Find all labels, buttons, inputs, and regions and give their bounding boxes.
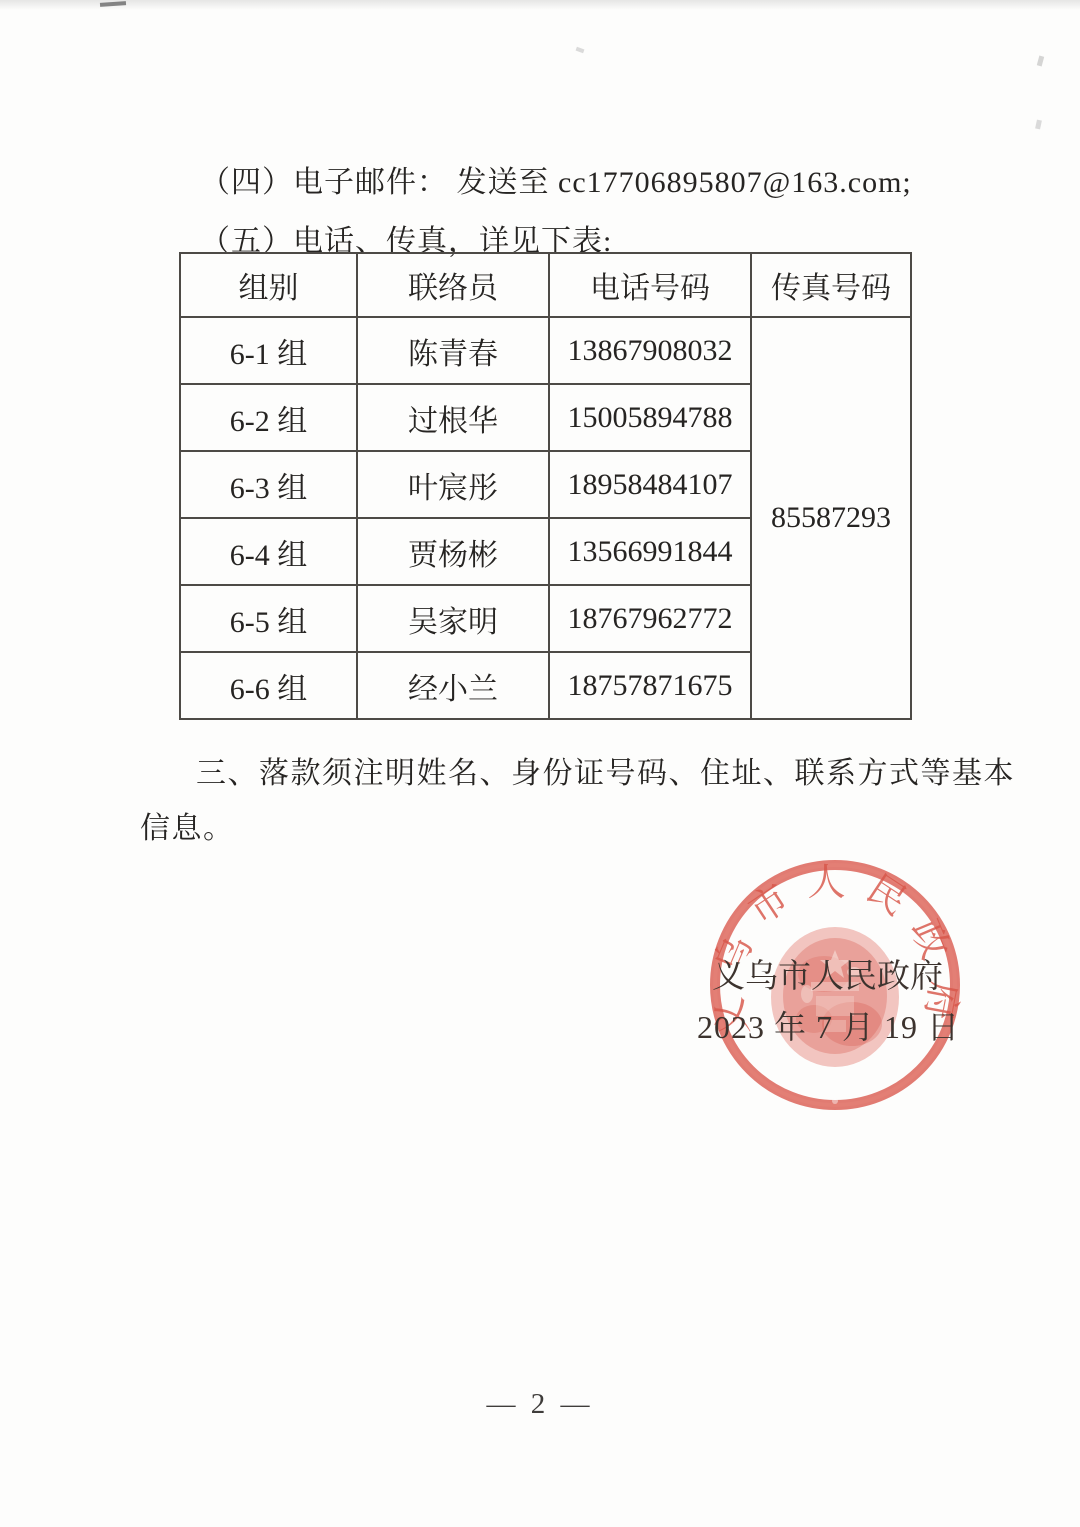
cell-phone: 13867908032 [549,317,751,384]
header-fax: 传真号码 [751,253,911,317]
cell-group: 6-4 组 [180,518,357,585]
contact-table: 组别 联络员 电话号码 传真号码 6-1 组 陈青春 13867908032 8… [179,252,912,720]
scan-artifact [1035,120,1042,130]
document-page: （四）电子邮件： 发送至 cc17706895807@163.com; （五）电… [0,0,1080,1527]
cell-phone: 15005894788 [549,384,751,451]
cell-group: 6-6 组 [180,652,357,719]
cell-contact: 过根华 [357,384,549,451]
cell-group: 6-3 组 [180,451,357,518]
header-phone: 电话号码 [549,253,751,317]
header-group: 组别 [180,253,357,317]
header-contact: 联络员 [357,253,549,317]
cell-group: 6-2 组 [180,384,357,451]
scan-artifact-topband [0,0,1080,10]
paragraph-item-four: （四）电子邮件： 发送至 cc17706895807@163.com; [200,157,912,201]
signature-org-name: 义乌市人民政府 [712,950,943,997]
scan-artifact [1037,56,1044,67]
cell-fax-merged: 85587293 [751,317,911,719]
table-header-row: 组别 联络员 电话号码 传真号码 [180,253,911,317]
cell-phone: 18767962772 [549,585,751,652]
paragraph-item-three-line1: 三、落款须注明姓名、身份证号码、住址、联系方式等基本 [196,748,1015,792]
table-row: 6-1 组 陈青春 13867908032 85587293 [180,317,911,384]
signature-date: 2023 年 7 月 19 日 [697,1002,960,1048]
cell-contact: 贾杨彬 [357,518,549,585]
page-number: — 2 — [0,1388,1080,1421]
cell-group: 6-5 组 [180,585,357,652]
cell-contact: 吴家明 [357,585,549,652]
cell-contact: 叶宸彤 [357,451,549,518]
cell-phone: 13566991844 [549,518,751,585]
cell-phone: 18958484107 [549,451,751,518]
scan-artifact [576,47,585,53]
cell-phone: 18757871675 [549,652,751,719]
paragraph-item-three-line2: 信息。 [140,803,235,847]
cell-group: 6-1 组 [180,317,357,384]
cell-contact: 陈青春 [357,317,549,384]
cell-contact: 经小兰 [357,652,549,719]
